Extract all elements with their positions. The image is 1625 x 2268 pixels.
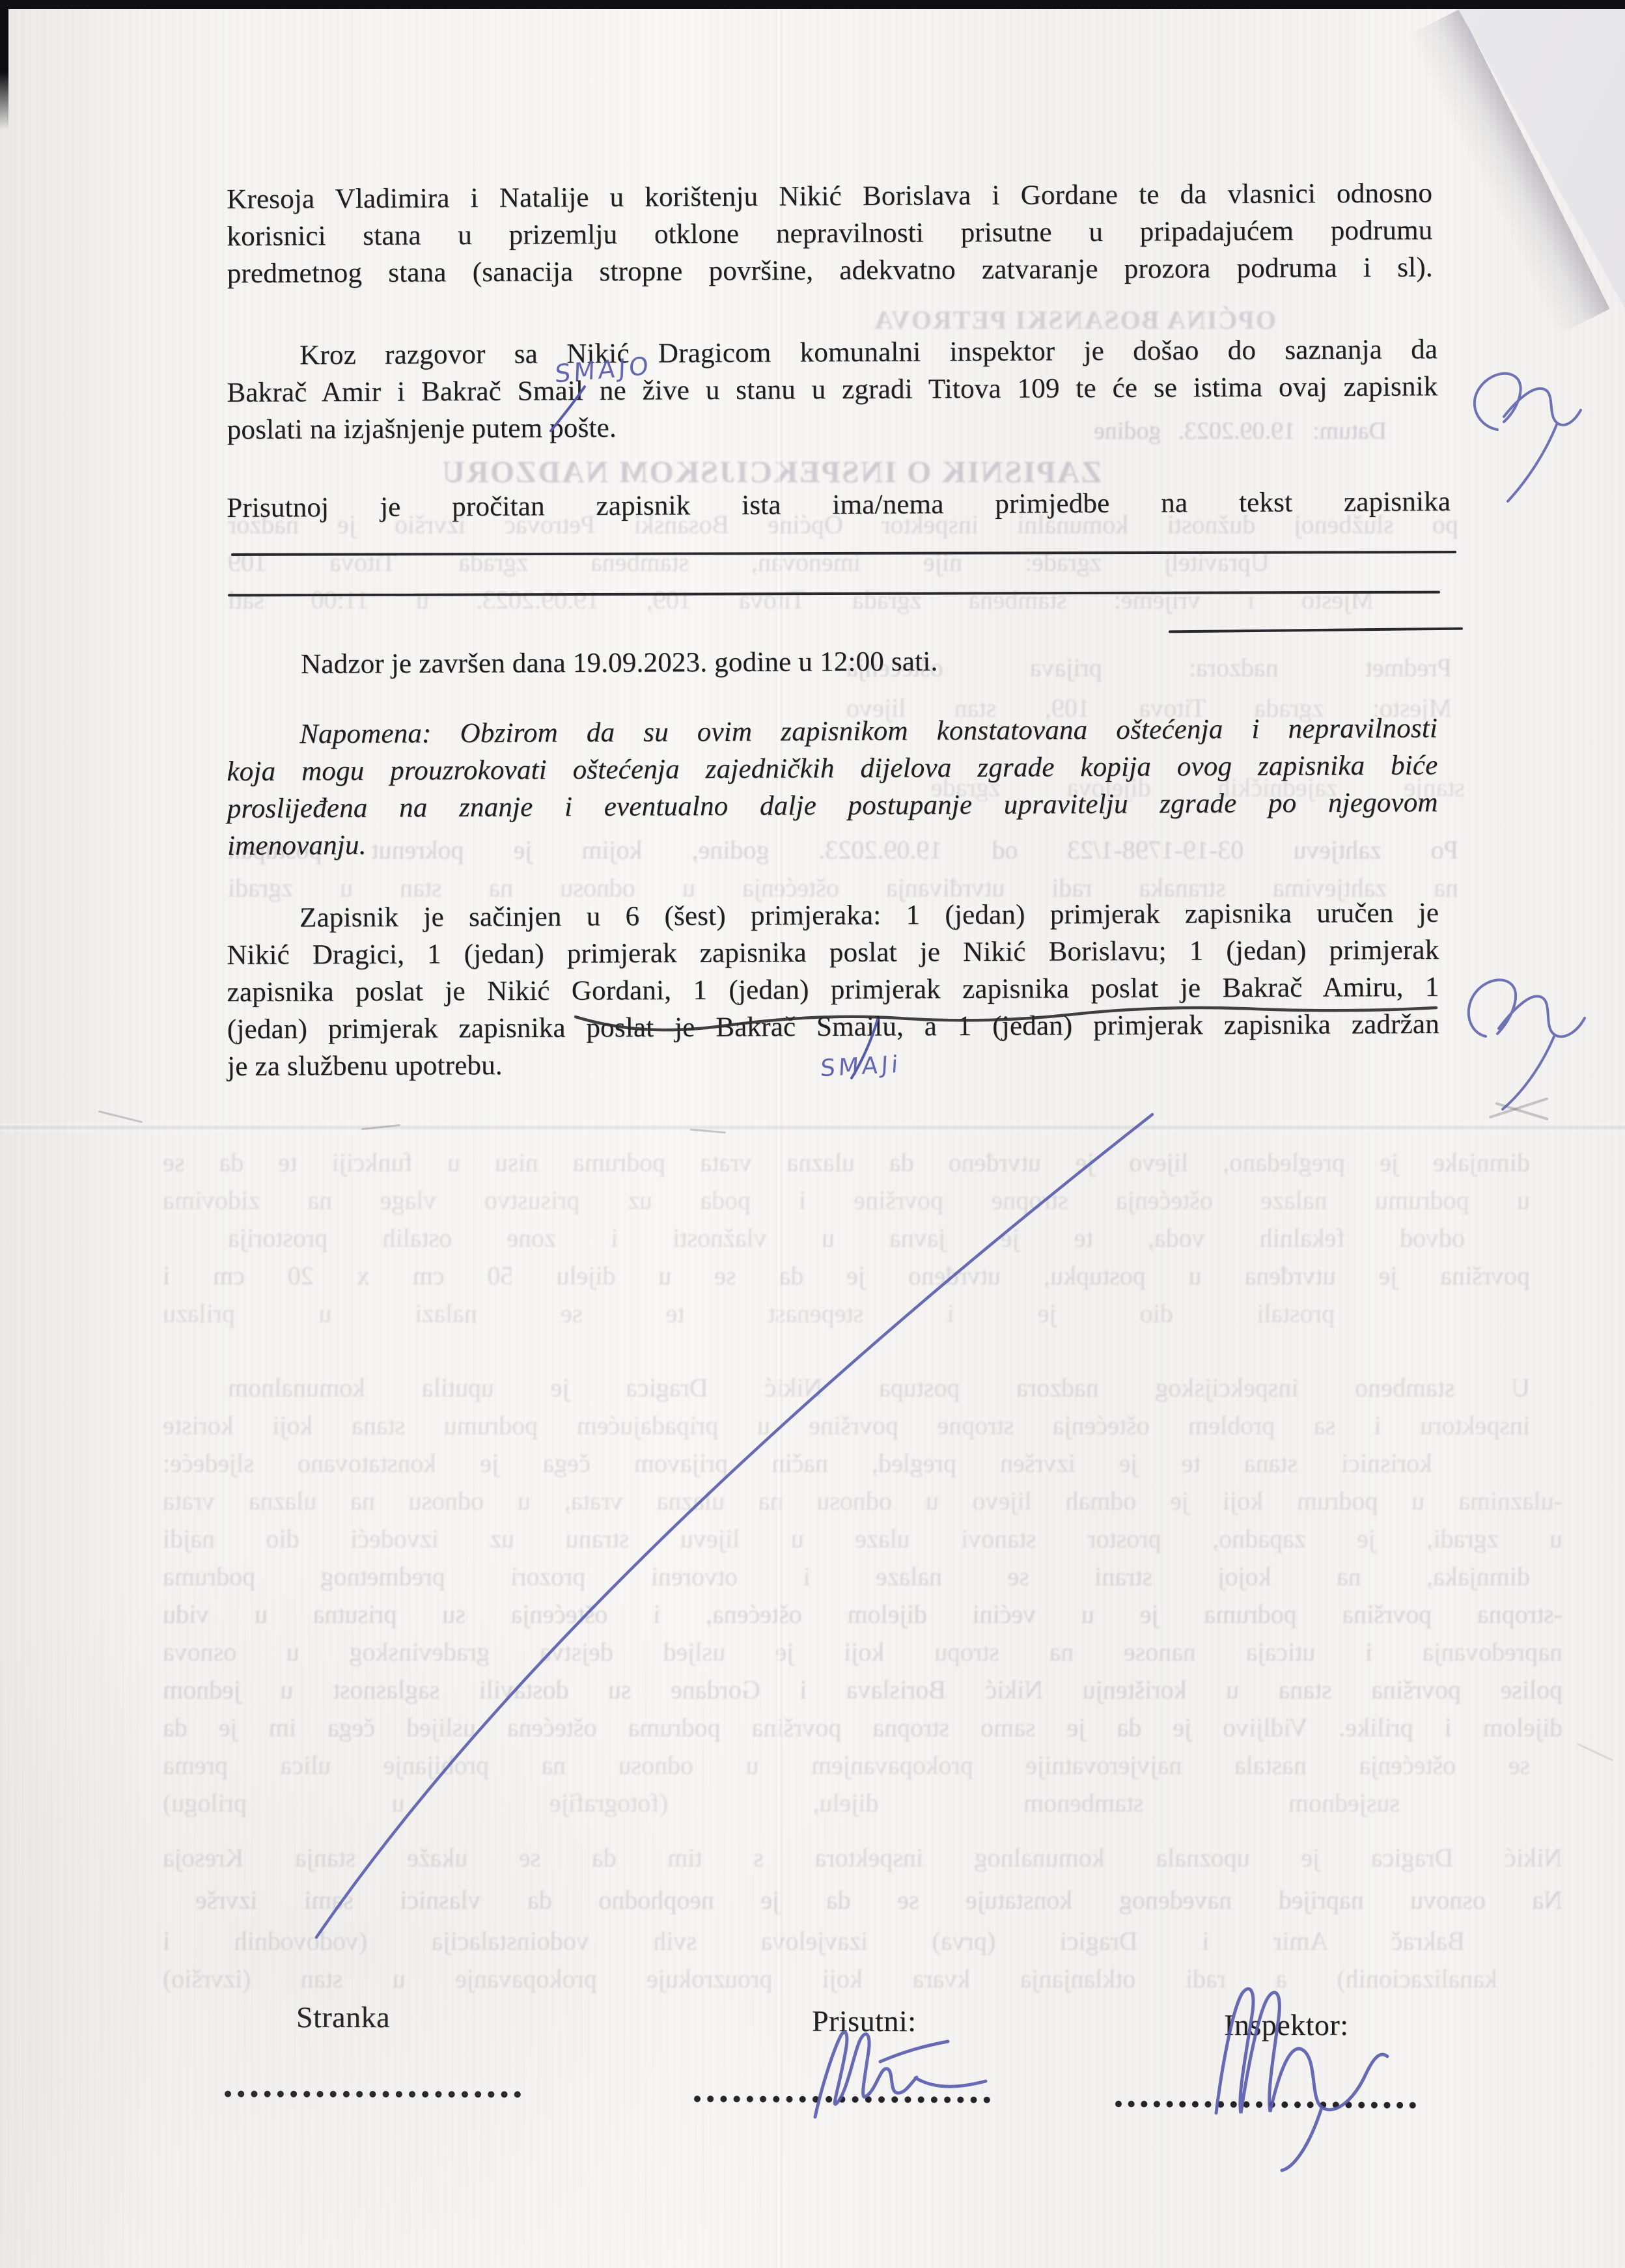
bleed-text-line: U stambeno inspekcijskog nadzora postupa… bbox=[228, 1372, 1530, 1403]
paragraph-continuation: Kresoja Vladimira i Natalije u korištenj… bbox=[227, 174, 1433, 292]
signature-dotted-line-inspektor bbox=[1115, 2101, 1416, 2109]
signature-label-inspektor: Inspektor: bbox=[1224, 2008, 1349, 2042]
bleed-text-line: -stropna površina podruma je u većini di… bbox=[163, 1599, 1562, 1629]
bleed-text-line: u podrumu nalaze oštećenja stropne površ… bbox=[163, 1185, 1530, 1215]
signature-dotted-line-stranka bbox=[225, 2091, 521, 2098]
bleed-text-line: dijelom i prilike. Vidljivo je da je sam… bbox=[163, 1712, 1562, 1743]
scanned-document-page: OPĆINA BOSANSKI PETROVACDatum: 19.09.202… bbox=[0, 0, 1625, 2268]
bleed-text-line: Bakrač Amir i Dragici (prva) izavjelova … bbox=[163, 1926, 1465, 1956]
paragraph-line: Nadzor je završen dana 19.09.2023. godin… bbox=[301, 642, 1212, 683]
paragraph-line: imenovanju. bbox=[227, 821, 1438, 864]
bleed-text-line: korisnici stana te je izvršen pregled, n… bbox=[163, 1448, 1432, 1478]
signature-label-prisutni: Prisutni: bbox=[812, 2004, 916, 2038]
paragraph-line: Nikić Dragici, 1 (jedan) primjerak zapis… bbox=[227, 932, 1439, 974]
bleed-text-line: površina je utvrđena u postupku, utvrđen… bbox=[163, 1260, 1530, 1291]
bleed-text-line: inspektoru i sa problem oštećenja stropn… bbox=[163, 1410, 1530, 1441]
signature-dotted-line-prisutni bbox=[694, 2095, 990, 2103]
bleed-text-line: napredovanja i uticaja nanose na stropu … bbox=[163, 1637, 1562, 1667]
bleed-text-line: odvod fekalnih voda, te je javna u vlažn… bbox=[228, 1223, 1465, 1253]
closing-line: Nadzor je završen dana 19.09.2023. godin… bbox=[301, 642, 1212, 683]
bleed-text-line: kanalizacionih) a radi otklanjanja kvara… bbox=[163, 1963, 1497, 1994]
paragraph-razgovor: Kroz razgovor sa Nikić Dragicom komunaln… bbox=[227, 331, 1438, 449]
bleed-text-line: dimnjaka, na kojoj strani se nalaze i ot… bbox=[163, 1561, 1530, 1592]
paragraph-line: (jedan) primjerak zapisnika poslat je Ba… bbox=[227, 1006, 1439, 1048]
scan-left-edge bbox=[0, 0, 8, 130]
bleed-text-line: Mjesto i vrijeme: stambena zgrada Titova… bbox=[228, 585, 1374, 615]
bleed-text-line: OPĆINA BOSANSKI PETROVAC bbox=[872, 305, 1276, 335]
paragraph-line: predmetnog stana (sanacija stropne površ… bbox=[227, 249, 1433, 292]
napomena-paragraph: Napomena: Obzirom da su ovim zapisnikom … bbox=[227, 710, 1438, 864]
paragraph-line: Napomena: Obzirom da su ovim zapisnikom … bbox=[227, 710, 1437, 753]
handwritten-annotation-smaji: SMAJi bbox=[820, 1051, 902, 1083]
paragraph-line: proslijeđena na znanje i eventualno dalj… bbox=[227, 784, 1438, 827]
paragraph-line: koja mogu prouzrokovati oštećenja zajedn… bbox=[227, 747, 1437, 790]
paragraph-line: Bakrač Amir i Bakrač Smail ne žive u sta… bbox=[227, 368, 1437, 411]
scan-top-edge bbox=[0, 0, 1625, 9]
paragraph-line: Prisutnoj je pročitan zapisnik ista ima/… bbox=[227, 483, 1451, 527]
bleed-text-line: u zgradi, je zapadno, prostor stanovi ul… bbox=[163, 1523, 1562, 1554]
bleed-text-line: polise površina stana u korištenju Nikić… bbox=[163, 1674, 1562, 1705]
paragraph-line: zapisnika poslat je Nikić Gordani, 1 (je… bbox=[227, 969, 1439, 1011]
paragraph-line: Zapisnik je sačinjen u 6 (šest) primjera… bbox=[227, 894, 1439, 937]
bleed-text-line: -ulaznima u podrum koji je odmah lijevo … bbox=[163, 1486, 1562, 1516]
bleed-text-line: prostali dio je i stepenast te se nalazi… bbox=[163, 1298, 1335, 1329]
paragraph-line: poslati na izjašnjenje putem pošte. bbox=[227, 405, 1438, 449]
horizontal-fold-crease bbox=[0, 1124, 1625, 1131]
bleed-text-line: dimnjake je pregledano, lijevo je utvrđe… bbox=[163, 1147, 1530, 1178]
bleed-text-line: se oštećenja nastala najvjerovatnije pro… bbox=[163, 1750, 1530, 1780]
paragraph-line: korisnici stana u prizemlju otklone nepr… bbox=[227, 212, 1432, 255]
bleed-text-line: Na osnovu naprijed navedenog konstatuje … bbox=[195, 1885, 1562, 1915]
paragraph-line: Kroz razgovor sa Nikić Dragicom komunaln… bbox=[227, 331, 1437, 374]
bleed-text-line: Nikić Dragica je upoznala komunalnog ins… bbox=[163, 1842, 1562, 1873]
paragraph-line: Kresoja Vladimira i Natalije u korištenj… bbox=[227, 174, 1432, 218]
paragraph-prisutnoj: Prisutnoj je pročitan zapisnik ista ima/… bbox=[227, 483, 1451, 527]
signature-label-stranka: Stranka bbox=[296, 2000, 390, 2034]
